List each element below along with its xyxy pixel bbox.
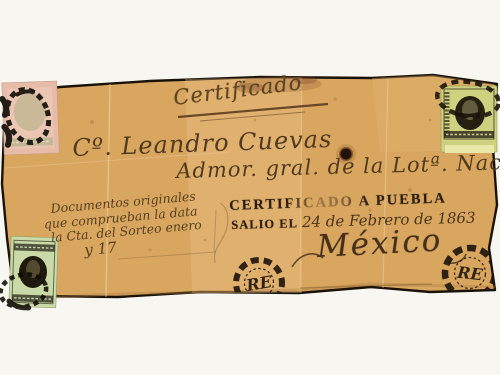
hidalgo-portrait: [18, 256, 47, 289]
endorsement-handwriting: Certificado: [172, 70, 304, 110]
cancel-top-left: [1, 84, 56, 148]
faint-portrait: [13, 92, 46, 131]
stamp-yellow-green-top-right: [435, 77, 500, 153]
photograph-of-postal-cover: Certificado Cº. Leandro Cuevas Admor. gr…: [0, 0, 500, 375]
cancel-top-right: [435, 77, 500, 120]
bottom-shadow: [15, 284, 495, 299]
stamp-rose-top-left: [0, 81, 59, 155]
cover-creases: [5, 78, 432, 297]
envelope-body: [2, 75, 497, 302]
hidalgo-portrait: [455, 96, 485, 130]
origin-handwriting: México: [316, 222, 443, 265]
light-patch-top-right: [372, 75, 494, 152]
postmark-bottom-right: RE: [443, 246, 498, 301]
light-patch: [185, 77, 302, 293]
pencil-mark: [214, 203, 227, 263]
postmark-monogram: RE: [244, 272, 274, 295]
postmark-bottom-center: RE: [232, 256, 285, 309]
docket-note: Documentos originales que comprueban la …: [50, 189, 204, 260]
cover-base-graphics: [0, 0, 500, 375]
stamp-pale-green-bottom-left: [0, 236, 58, 312]
postmark-monogram: RE: [455, 263, 484, 285]
salio-label: SALIO EL: [231, 216, 298, 232]
cancel-bottom-left: [0, 269, 50, 312]
overlay-graphics: RE RE: [0, 0, 500, 375]
